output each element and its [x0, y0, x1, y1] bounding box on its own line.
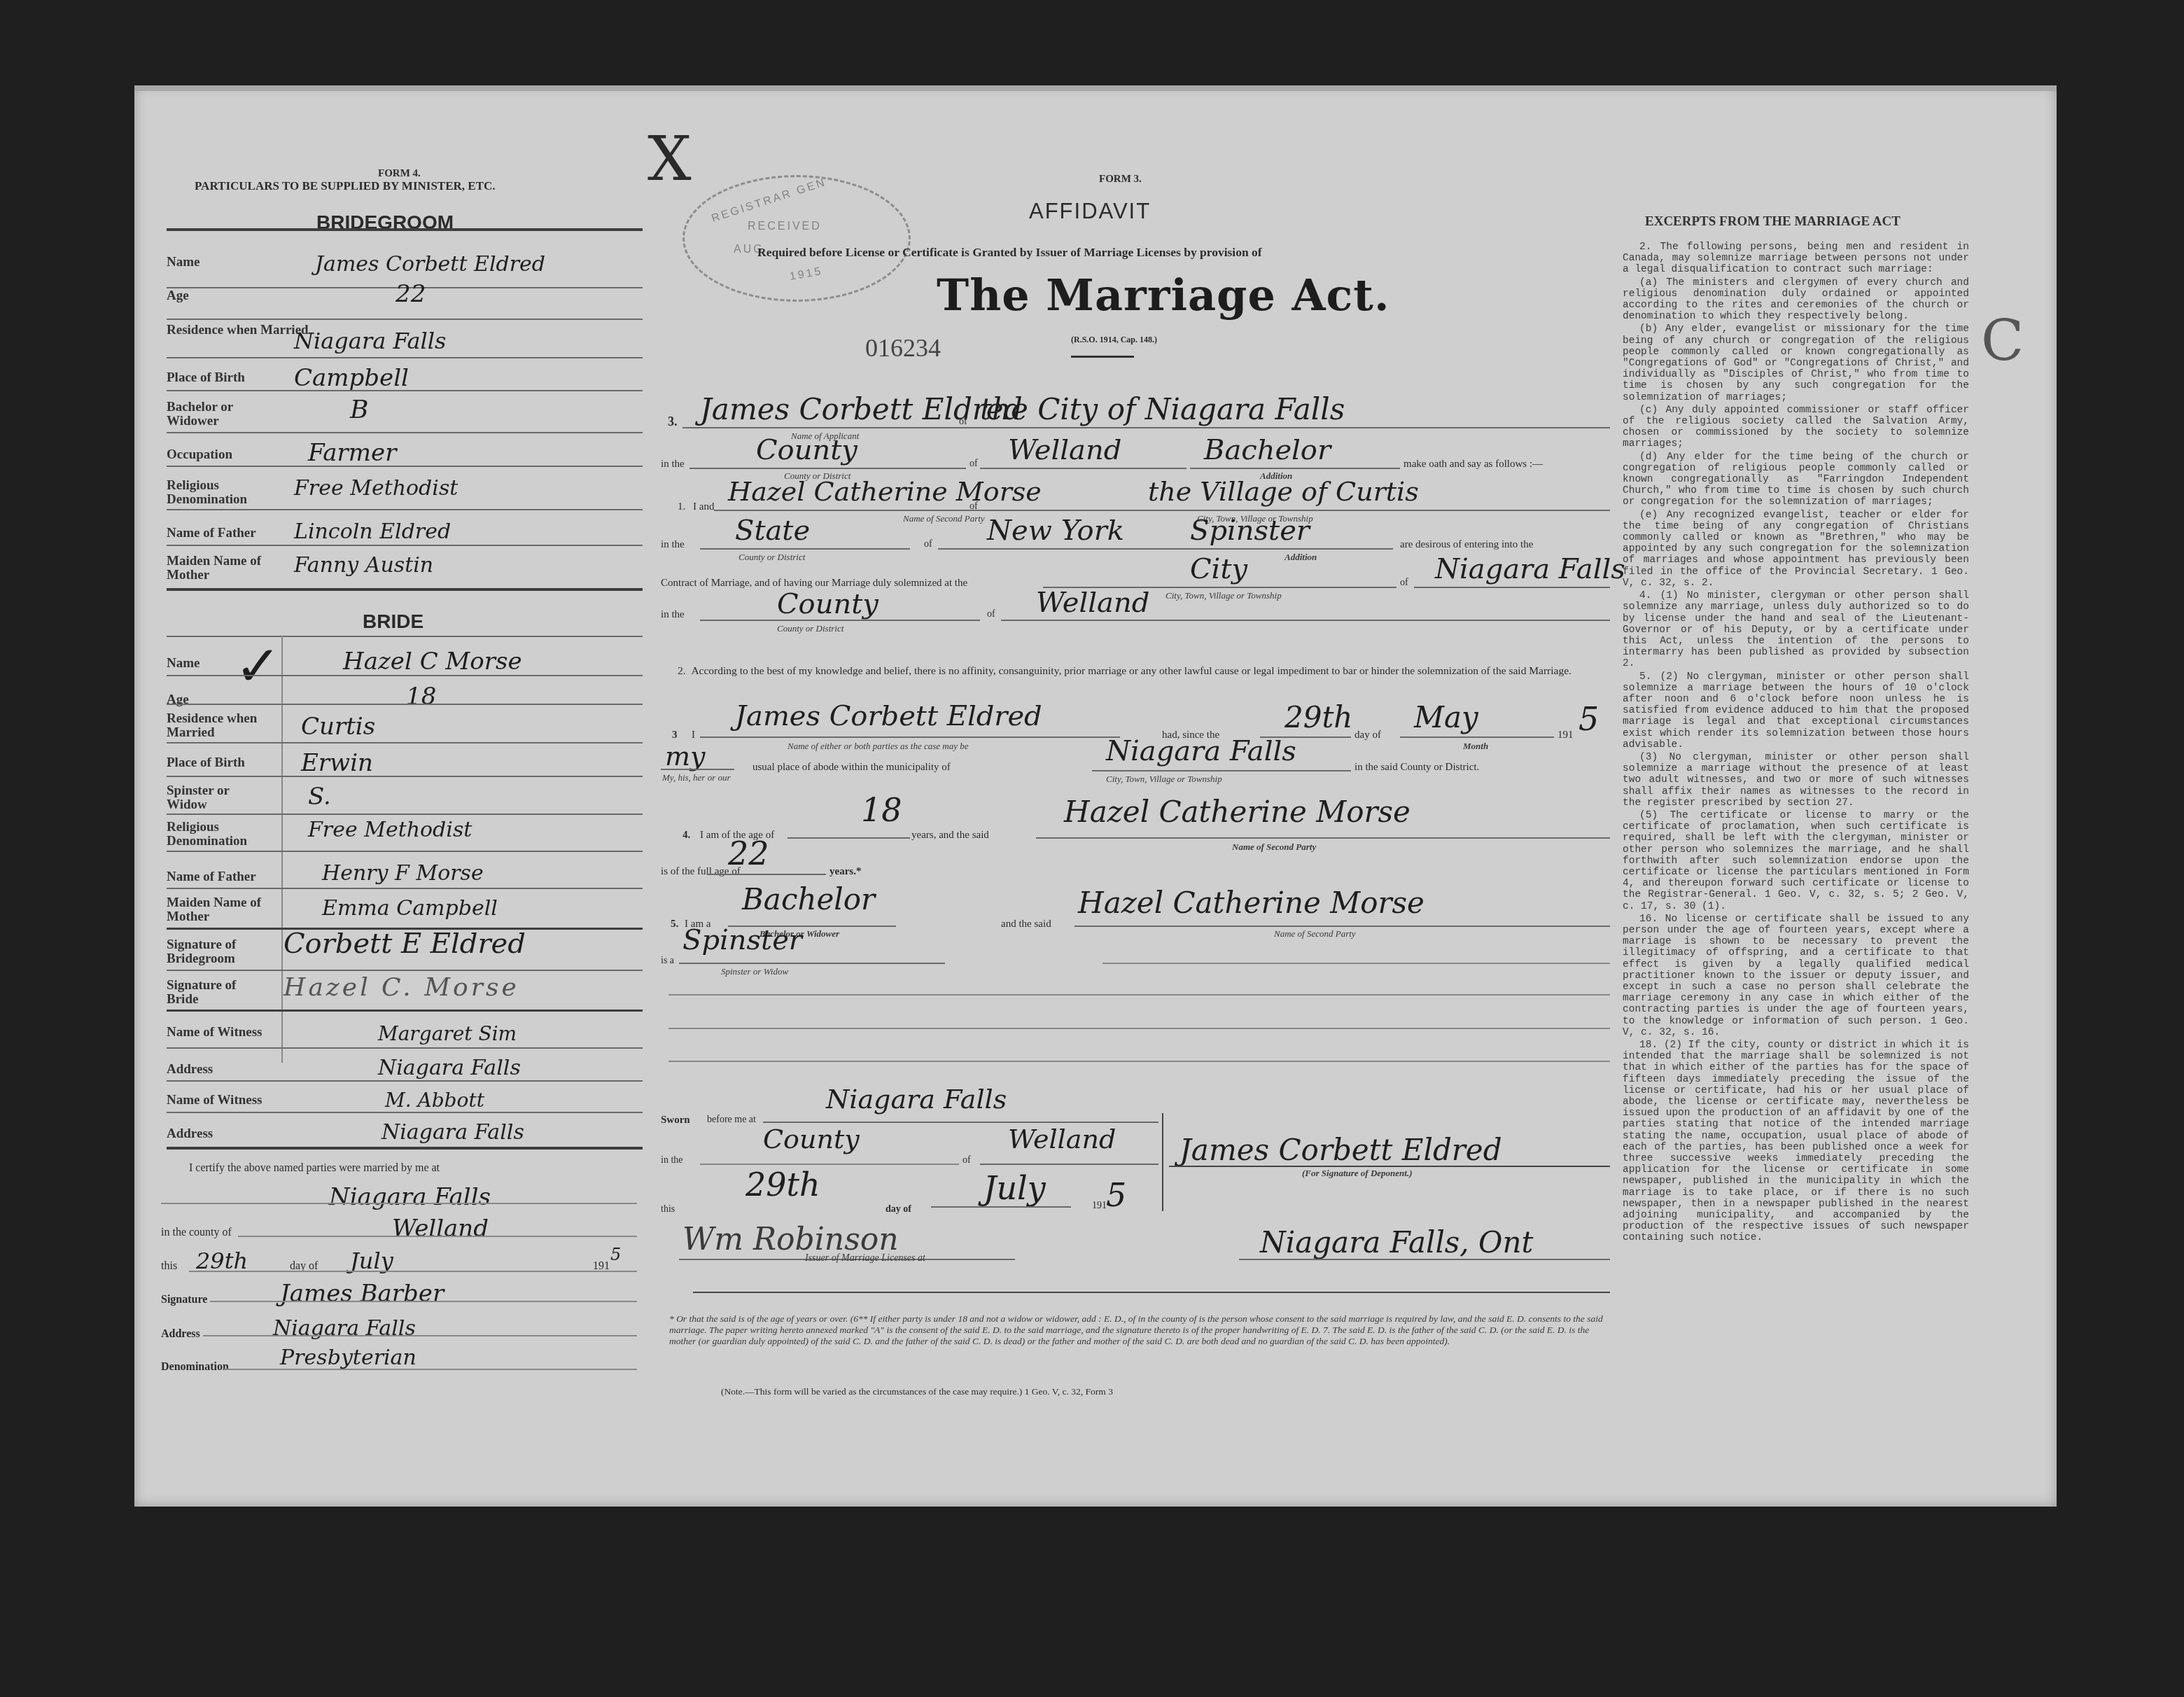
field-label: Spinster or Widow [167, 784, 251, 812]
field-label: Bachelor or Widower [167, 400, 265, 428]
affidavit-para-2: 2. According to the best of my knowledge… [678, 665, 1609, 677]
excerpt-paragraph: (a) The ministers and clergymen of every… [1623, 277, 1969, 323]
abode-text: usual place of abode within the municipa… [752, 762, 951, 774]
sworn-county: Welland [1008, 1124, 1116, 1154]
fill-line [1183, 548, 1393, 550]
of-label: of [959, 417, 967, 428]
row-rule [167, 545, 643, 546]
in-the-label: in the [661, 609, 685, 621]
fill-line [707, 874, 826, 875]
row-rule [161, 1203, 637, 1204]
venue-county: Welland [1036, 587, 1149, 619]
field-label: Name of Witness [167, 1094, 262, 1108]
caption: Addition [1284, 552, 1317, 563]
para-number: 3 [672, 729, 678, 741]
section-rule [167, 1147, 643, 1150]
caption: Name of either or both parties as the ca… [787, 741, 969, 752]
fill-line [682, 427, 1610, 428]
form4-label: FORM 4. [378, 168, 421, 180]
years-text: years, and the said [911, 830, 989, 841]
fill-line [700, 620, 980, 621]
and-said-text: and the said [1001, 919, 1051, 930]
row-rule [167, 1080, 643, 1082]
sworn-day: 29th [745, 1166, 820, 1203]
caption: Month [1463, 741, 1488, 752]
field-label: Residence when Married [167, 323, 309, 337]
bride-signature: Hazel C. Morse [283, 973, 519, 1002]
check-mark-icon: ✓ [234, 634, 281, 699]
field-label: Religious Denomination [167, 479, 272, 507]
excerpt-paragraph: (b) Any elder, evangelist or missionary … [1623, 323, 1969, 403]
field-label: Name [167, 256, 199, 270]
years-end: years.* [829, 866, 861, 878]
deponent-signature: James Corbett Eldred [1179, 1133, 1502, 1167]
divider [693, 1292, 1610, 1293]
county-label: in the county of [161, 1227, 232, 1239]
row-rule [167, 742, 643, 743]
caption: (For Signature of Deponent.) [1302, 1168, 1412, 1179]
row-rule [210, 1301, 637, 1302]
para-text: According to the best of my knowledge an… [691, 665, 1571, 677]
caption: Name of Second Party [903, 513, 985, 524]
abode-municipality: Niagara Falls [1106, 735, 1296, 767]
groom-name: James Corbett Eldred [315, 252, 545, 277]
in-the-label: in the [661, 1155, 683, 1166]
marriage-place: Niagara Falls [329, 1183, 491, 1211]
bride-heading: BRIDE [363, 610, 423, 633]
excerpt-paragraph: 2. The following persons, being men and … [1623, 242, 1969, 276]
form-note: (Note.—This form will be varied as the c… [721, 1386, 1113, 1397]
excerpt-paragraph: (d) Any elder for the time being of the … [1623, 452, 1969, 508]
denomination-label: Denomination [161, 1361, 229, 1374]
caption: Spinster or Widow [721, 966, 788, 977]
of-label: of [1400, 578, 1408, 589]
fill-line [1239, 1259, 1610, 1260]
field-label: Residence when Married [167, 712, 265, 740]
fill-line [980, 1164, 1158, 1165]
fill-line [689, 468, 966, 469]
witness1-name: Margaret Sim [378, 1022, 517, 1045]
field-label: Name of Father [167, 870, 256, 884]
fill-line [787, 837, 910, 839]
year-prefix: 191 [1092, 1201, 1107, 1212]
second-party-name: Hazel Catherine Morse [728, 476, 1042, 507]
caption: Name of Second Party [1232, 841, 1316, 853]
applicant-age: 18 [861, 791, 902, 829]
bride-marital-status: S. [308, 783, 331, 811]
issuer-signature: Wm Robinson [682, 1222, 899, 1257]
issuer-place: Niagara Falls, Ont [1260, 1225, 1533, 1259]
field-label: Signature of Bridegroom [167, 938, 265, 966]
right-margin-mark: C [1981, 308, 2024, 373]
para-number: 5. [671, 919, 678, 930]
status-second-party: Hazel Catherine Morse [1078, 886, 1424, 920]
row-rule [167, 432, 643, 433]
row-rule [167, 970, 643, 971]
fill-line [763, 1122, 1158, 1123]
excerpt-paragraph: 5. (2) No clergyman, minister or other p… [1623, 671, 1969, 750]
applicant-place: the City of Niagara Falls [980, 392, 1345, 426]
field-label: Age [167, 289, 189, 303]
form4-heading: PARTICULARS TO BE SUPPLIED BY MINISTER, … [195, 179, 496, 193]
fill-line [1414, 587, 1610, 588]
row-rule [167, 851, 643, 852]
para-number: 3. [668, 414, 678, 429]
excerpts-body: 2. The following persons, being men and … [1623, 242, 1969, 1245]
witness1-address: Niagara Falls [378, 1056, 521, 1080]
excerpt-paragraph: (5) The certificate or license to marry … [1623, 810, 1969, 912]
stamp-text: RECEIVED [748, 221, 822, 233]
registrar-stamp: REGISTRAR GEN RECEIVED AUG 1915 [682, 175, 911, 302]
applicant-status: Bachelor [742, 882, 875, 916]
marriage-county: Welland [392, 1215, 489, 1243]
is-a-text: is a [661, 956, 674, 967]
applicant-addition: Bachelor [1204, 434, 1331, 466]
blank-line [668, 1028, 1610, 1029]
witness2-name: M. Abbott [385, 1089, 484, 1112]
caption: City, Town, Village or Township [1165, 590, 1282, 601]
row-rule [224, 1369, 637, 1370]
field-label: Maiden Name of Mother [167, 896, 272, 924]
groom-occupation: Farmer [308, 439, 396, 467]
fill-line [700, 548, 910, 550]
groom-birthplace: Campbell [294, 364, 409, 392]
field-label: Name of Witness [167, 1026, 262, 1040]
excerpt-paragraph: (e) Any recognized evangelist, teacher o… [1623, 510, 1969, 589]
of-label: of [987, 609, 995, 620]
act-title: The Marriage Act. [937, 270, 1390, 321]
blank-line [1102, 963, 1610, 964]
venue-place: Niagara Falls [1435, 553, 1625, 585]
groom-mother: Fanny Austin [294, 553, 433, 578]
day-of-label: day of [885, 1204, 911, 1215]
caption: Name of Second Party [1274, 928, 1356, 940]
residence-since-day: 29th [1284, 700, 1352, 734]
field-label: Religious Denomination [167, 820, 272, 848]
fill-line [1036, 837, 1610, 839]
divider [1071, 356, 1134, 358]
bride-father: Henry F Morse [322, 861, 484, 886]
certify-statement: I certify the above named parties were m… [189, 1162, 440, 1175]
sworn-county-type: County [763, 1124, 860, 1154]
fill-line [938, 548, 1183, 550]
caption: My, his, her or our [662, 772, 731, 783]
para-number: 2. [678, 665, 686, 677]
age-second-party: Hazel Catherine Morse [1064, 795, 1410, 829]
of-label: of [969, 459, 978, 470]
applicant-county: Welland [1008, 434, 1121, 466]
row-rule [238, 1236, 637, 1237]
blank-line [668, 1061, 1610, 1062]
caption: City, Town, Village or Township [1106, 774, 1222, 785]
row-rule [167, 776, 643, 777]
groom-residence: Niagara Falls [294, 328, 446, 354]
bride-age: 18 [406, 683, 436, 711]
form3-label: FORM 3. [1099, 174, 1142, 186]
fill-line [1169, 1166, 1610, 1167]
excerpt-paragraph: (c) Any duly appointed commissioner or s… [1623, 405, 1969, 450]
witness2-address: Niagara Falls [381, 1120, 524, 1145]
fill-line [1074, 926, 1610, 927]
resident-names: James Corbett Eldred [735, 700, 1042, 732]
column-rule [281, 636, 283, 1063]
bride-birthplace: Erwin [301, 749, 373, 777]
affidavit-title: AFFIDAVIT [1029, 199, 1151, 224]
row-rule [189, 1271, 637, 1272]
field-label: Name [167, 657, 199, 671]
second-party-addition: Spinster [1190, 515, 1310, 547]
row-rule [167, 675, 643, 676]
row-rule [167, 704, 643, 705]
field-label: Name of Father [167, 526, 256, 540]
sworn-month: July [983, 1169, 1046, 1207]
row-rule [167, 509, 643, 510]
row-rule [167, 390, 643, 391]
minister-denomination: Presbyterian [280, 1346, 416, 1370]
field-label: Occupation [167, 448, 232, 462]
second-party-region-type: State [735, 515, 810, 547]
row-rule [167, 888, 643, 889]
footnote-text: * Or that the said is of the age of year… [669, 1313, 1607, 1347]
blank-line [668, 994, 1610, 996]
district-text: in the said County or District. [1354, 762, 1479, 774]
fill-line [661, 769, 734, 770]
excerpt-paragraph: 16. No license or certificate shall be i… [1623, 914, 1969, 1038]
year-suffix: 5 [610, 1245, 621, 1264]
applicant-name: James Corbett Eldred [700, 392, 1023, 426]
groom-denomination: Free Methodist [294, 476, 458, 501]
venue-county-type: County [777, 588, 878, 620]
field-label: Address [167, 1127, 213, 1141]
divider [167, 228, 643, 231]
field-label: Place of Birth [167, 756, 245, 770]
field-label: Address [167, 1063, 213, 1077]
fill-line [714, 510, 1610, 511]
sworn-year: 5 [1106, 1176, 1126, 1214]
fill-line [1400, 736, 1554, 738]
issuer-label: Issuer of Marriage Licenses at [805, 1253, 925, 1264]
bride-mother: Emma Campbell [322, 896, 498, 921]
bride-residence: Curtis [301, 713, 375, 741]
address-label: Address [161, 1328, 200, 1341]
fill-line [700, 736, 1120, 738]
residence-since-year: 5 [1578, 700, 1599, 738]
groom-age: 22 [395, 280, 426, 308]
caption: County or District [738, 552, 805, 563]
brace [1162, 1113, 1163, 1211]
row-rule [167, 357, 643, 358]
para-number: 4. [682, 830, 690, 841]
lead-text: I and [693, 501, 714, 513]
field-label: Place of Birth [167, 371, 245, 385]
groom-marital-status: B [350, 396, 368, 424]
excerpt-paragraph: 18. (2) If the city, county or district … [1623, 1040, 1969, 1244]
day-of-label: day of [1354, 729, 1381, 741]
row-rule [167, 813, 643, 815]
x-mark-icon: X [647, 123, 692, 195]
sworn-place: Niagara Falls [826, 1084, 1007, 1115]
bride-name: Hazel C Morse [343, 648, 522, 676]
row-rule [167, 1010, 643, 1012]
fill-line [980, 468, 1186, 469]
registration-number: 016234 [865, 333, 941, 363]
fill-line [700, 1164, 959, 1165]
excerpts-title: EXCERPTS FROM THE MARRIAGE ACT [1645, 214, 1900, 230]
this-label: this [161, 1260, 177, 1273]
venue-type: City [1190, 553, 1247, 585]
excerpt-paragraph: (3) No clergyman, minister or other pers… [1623, 752, 1969, 809]
caption: County or District [777, 623, 843, 634]
residence-since-month: May [1414, 700, 1478, 734]
second-party-region: New York [987, 515, 1124, 547]
field-label: Signature of Bride [167, 979, 265, 1007]
stamp-text: 1915 [789, 265, 824, 284]
in-the-label: in the [661, 459, 685, 470]
second-party-status: Spinster [682, 924, 802, 956]
groom-signature: Corbett E Eldred [283, 928, 526, 960]
applicant-county-type: County [756, 434, 857, 466]
row-rule [167, 466, 643, 467]
signature-label: Signature [161, 1294, 207, 1306]
affidavit-subtitle: Required before License or Certificate i… [757, 245, 1262, 260]
of-label: of [924, 539, 932, 550]
fill-line [931, 1206, 1071, 1208]
section-rule [167, 588, 643, 591]
before-label: before me at [707, 1115, 756, 1126]
pronoun: my [665, 741, 706, 771]
act-citation: (R.S.O. 1914, Cap. 148.) [1071, 335, 1157, 345]
row-rule [203, 1335, 637, 1336]
row-rule [167, 319, 643, 320]
oath-text: make oath and say as follows :— [1403, 459, 1543, 470]
bride-denomination: Free Methodist [308, 818, 472, 842]
groom-father: Lincoln Eldred [294, 519, 451, 544]
row-rule [167, 1112, 643, 1113]
excerpt-paragraph: 4. (1) No minister, clergyman or other p… [1623, 590, 1969, 669]
row-rule [167, 1047, 643, 1049]
lead-text: I [692, 729, 695, 741]
minister-address: Niagara Falls [273, 1316, 416, 1341]
this-label: this [661, 1204, 675, 1215]
year-prefix: 191 [1557, 729, 1574, 741]
desire-text: are desirous of entering into the [1400, 539, 1533, 551]
fill-line [1092, 770, 1351, 771]
second-party-age: 22 [728, 834, 769, 872]
of-label: of [962, 1155, 971, 1166]
in-the-label: in the [661, 539, 685, 551]
para-number: 1. [678, 501, 685, 513]
fill-line [1001, 620, 1610, 621]
of-label: of [969, 501, 978, 512]
second-party-place: the Village of Curtis [1148, 476, 1419, 507]
sworn-label: Sworn [661, 1115, 690, 1126]
field-label: Age [167, 693, 189, 707]
field-label: Maiden Name of Mother [167, 554, 272, 582]
fill-line [1190, 468, 1400, 469]
minister-signature: James Barber [280, 1280, 444, 1308]
fill-line [679, 963, 945, 964]
